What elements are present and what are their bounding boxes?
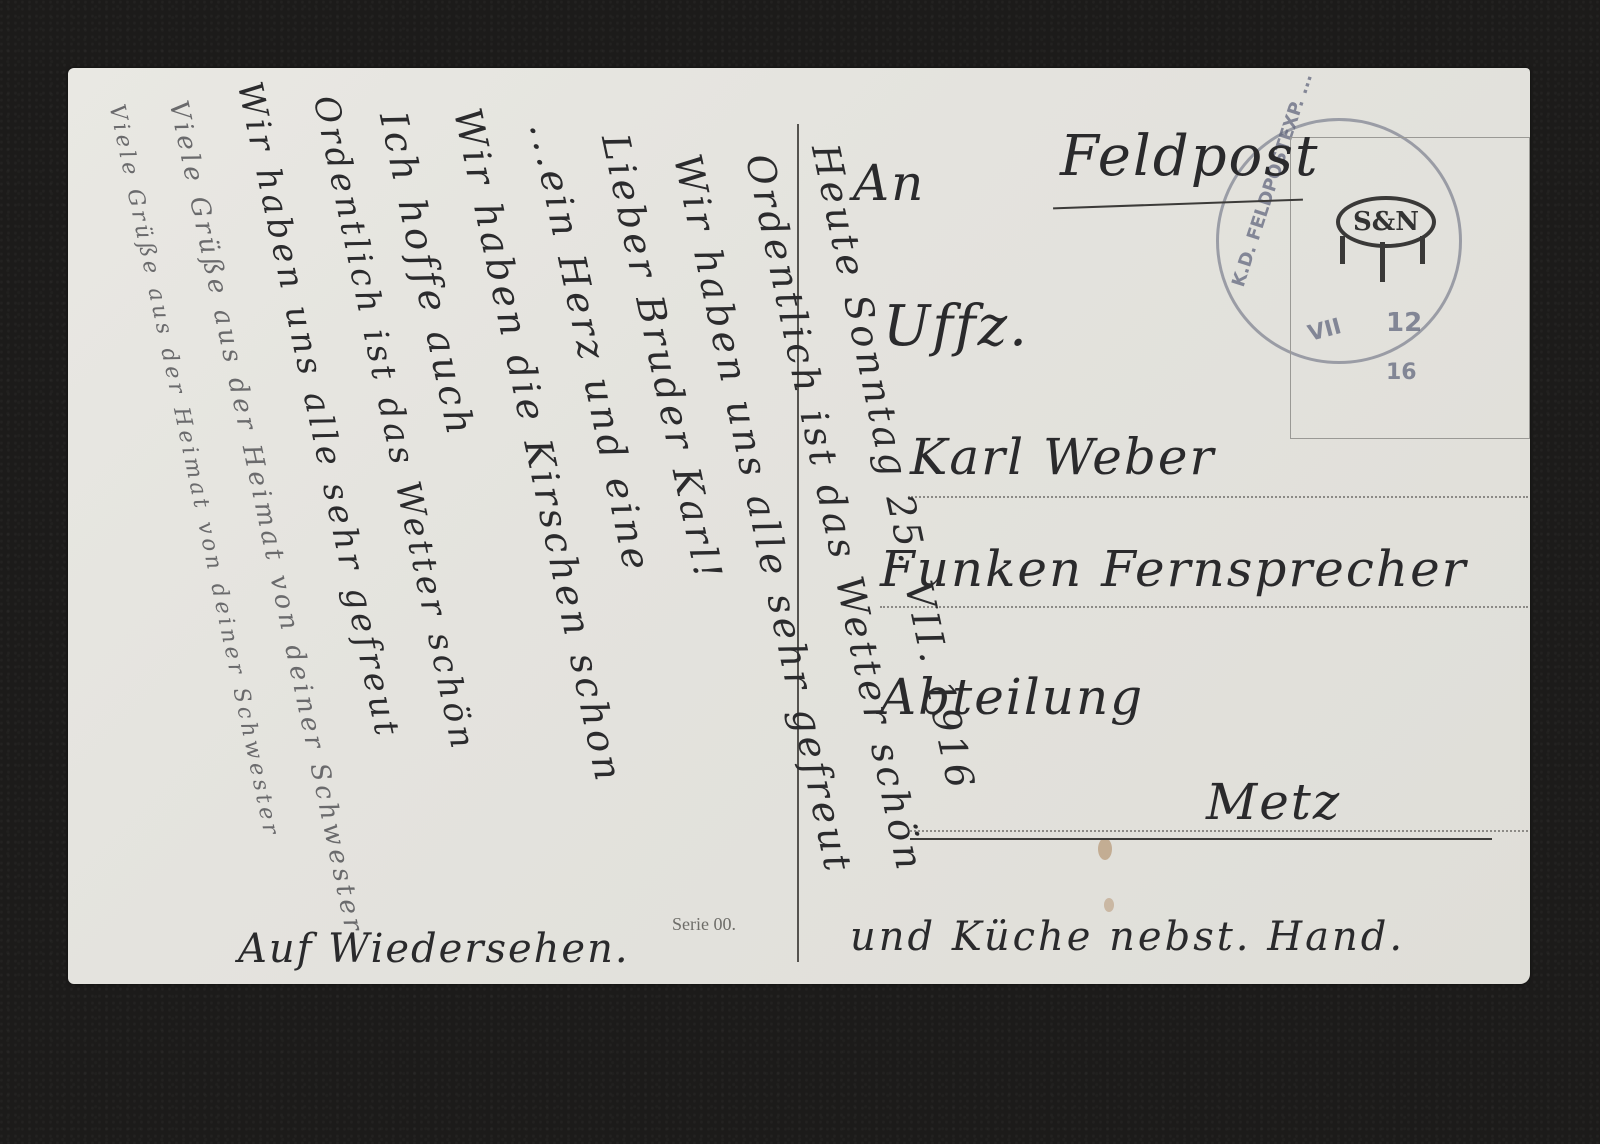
address-line-2	[880, 606, 1528, 608]
address-to: An	[853, 154, 925, 212]
series-label: Serie 00.	[672, 914, 736, 935]
address-rank: Uffz.	[883, 294, 1029, 359]
address-line-1	[908, 496, 1528, 498]
rust-stain	[1098, 838, 1112, 860]
rust-stain	[1104, 898, 1114, 912]
address-service: Feldpost	[1060, 124, 1320, 189]
bottom-note: und Küche nebst. Hand.	[850, 914, 1405, 960]
address-name: Karl Weber	[910, 428, 1215, 486]
address-line-3	[910, 830, 1528, 832]
address-unit: Funken Fernsprecher	[880, 540, 1468, 598]
postcard: K.D. FELDPOSTEXP. ... VII 12 16 S&N An F…	[68, 68, 1530, 984]
address-line-final	[910, 838, 1492, 840]
address-city: Metz	[1206, 773, 1341, 831]
publisher-logo-table-icon: S&N	[1336, 196, 1444, 300]
message-footer: Auf Wiedersehen.	[238, 926, 630, 972]
